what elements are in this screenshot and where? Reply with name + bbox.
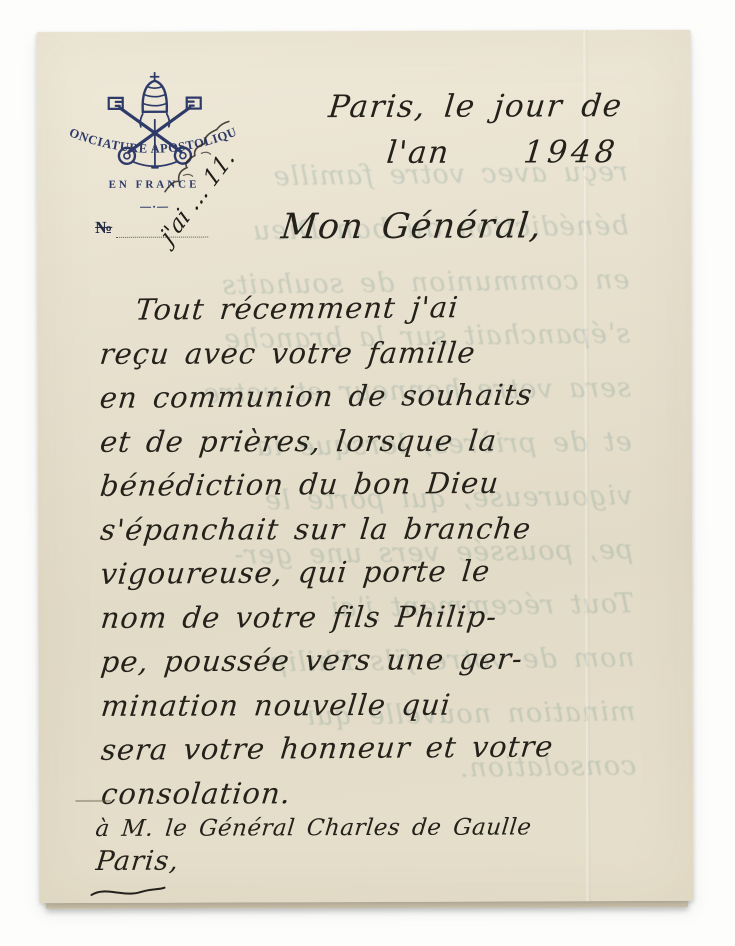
body-line: et de prières, lorsque la <box>98 418 662 464</box>
dateline-year-row: l'an1948 <box>385 134 620 171</box>
body-line: nom de votre fils Philip- <box>99 594 663 640</box>
addressee-line: à M. le Général Charles de Gaulle <box>94 814 532 842</box>
body-line: bénédiction du bon Dieu <box>98 460 663 508</box>
body-line: pe, poussée vers une ger- <box>99 636 664 684</box>
letter-paper: reçu avec votre famille bénédiction du b… <box>36 30 693 903</box>
salutation: Mon Général, <box>279 206 543 247</box>
body-line: mination nouvelle qui <box>99 682 663 728</box>
place-line: Paris, <box>94 846 180 877</box>
body-line: consolation. <box>99 770 663 816</box>
letterhead-divider <box>138 204 170 210</box>
body-line: Tout récemment j'ai <box>98 284 663 332</box>
dateline-year: 1948 <box>522 134 621 170</box>
body-line: sera votre honneur et votre <box>99 724 664 772</box>
numero-label: № <box>95 218 112 238</box>
scanned-letter-photo: reçu avec votre famille bénédiction du b… <box>0 0 735 946</box>
body-line: vigoureuse, qui porte le <box>98 548 663 596</box>
dateline-lan: l'an <box>385 135 452 171</box>
pencil-dash <box>75 800 111 802</box>
underline-flourish <box>89 884 167 900</box>
dateline-place: Paris, le jour de <box>327 88 625 125</box>
body-line: reçu avec votre famille <box>98 330 662 376</box>
body-line: en communion de souhaits <box>98 372 663 420</box>
body-line: s'épanchait sur la branche <box>98 506 662 552</box>
letter-body: Tout récemment j'ai reçu avec votre fami… <box>97 286 659 816</box>
